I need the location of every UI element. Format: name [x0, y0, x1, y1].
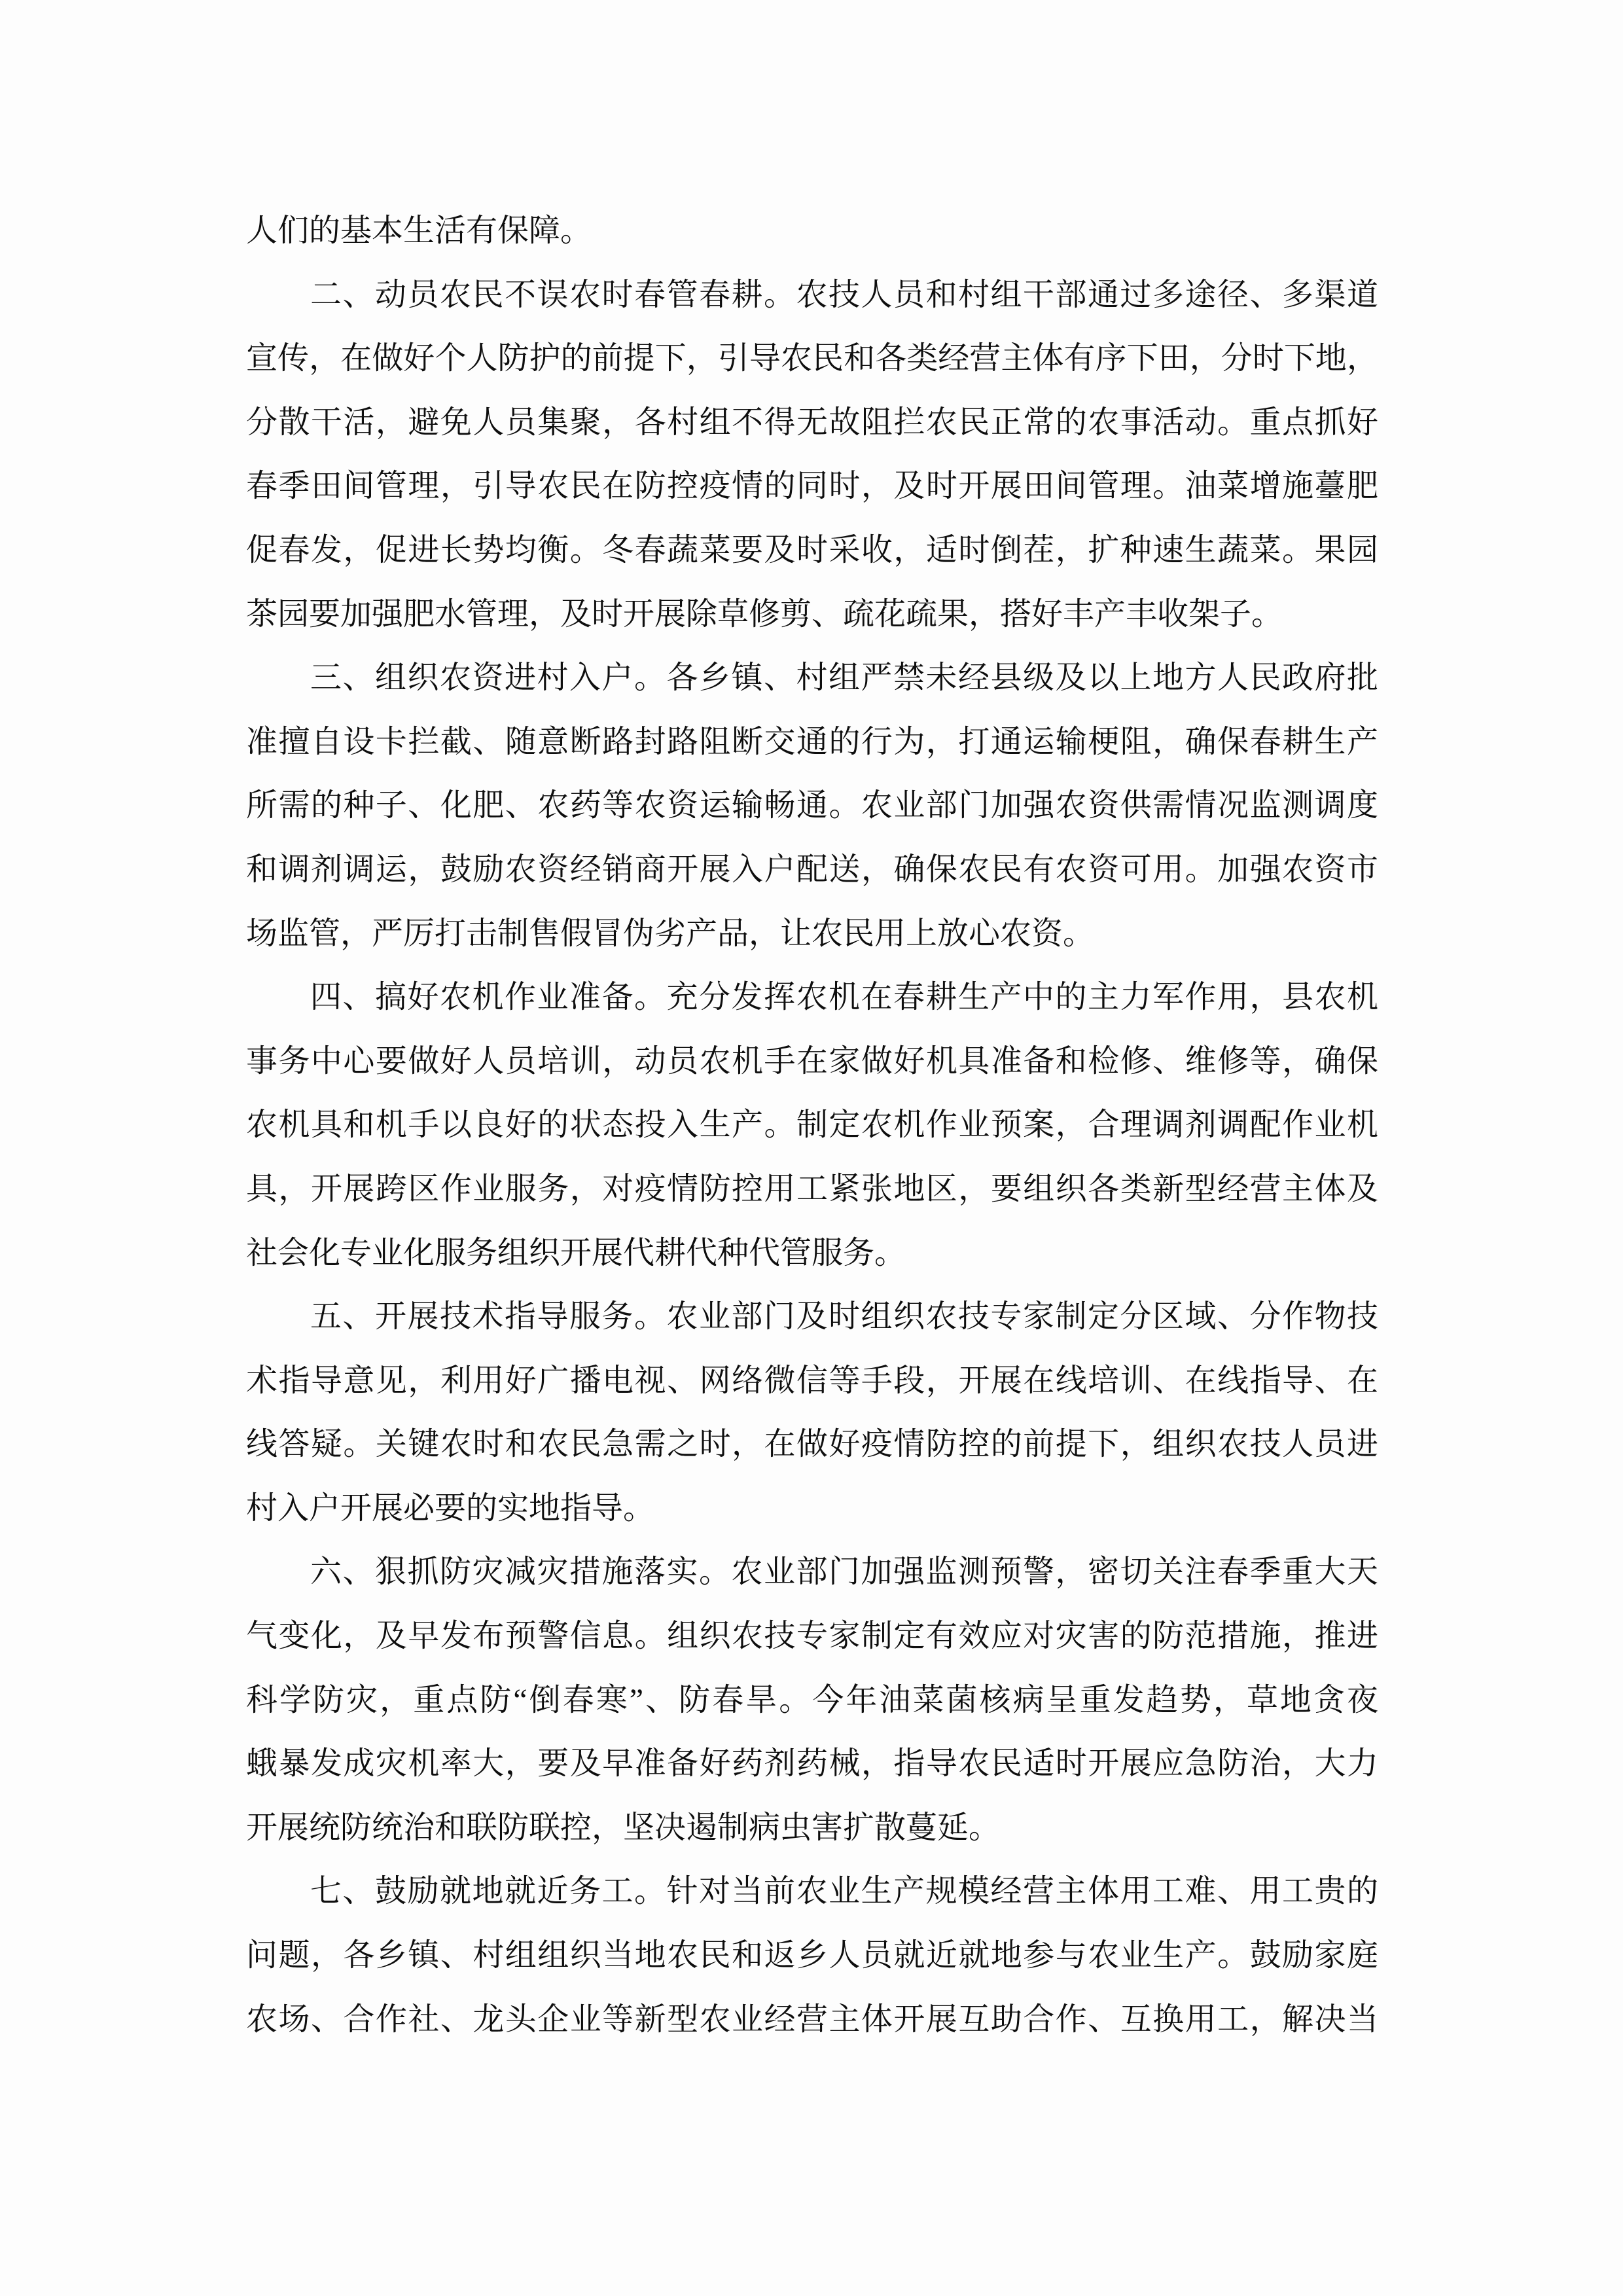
text-line: 具，开展跨区作业服务，对疫情防控用工紧张地区，要组织各类新型经营主体及 — [246, 1157, 1378, 1221]
text-line: 三、组织农资进村入户。各乡镇、村组严禁未经县级及以上地方人民政府批 — [246, 646, 1378, 710]
text-line: 二、动员农民不误农时春管春耕。农技人员和村组干部通过多途径、多渠道 — [246, 263, 1378, 327]
text-line: 和调剂调运，鼓励农资经销商开展入户配送，确保农民有农资可用。加强农资市 — [246, 838, 1378, 902]
text-line: 事务中心要做好人员培训，动员农机手在家做好机具准备和检修、维修等，确保 — [246, 1030, 1378, 1094]
text-line: 农场、合作社、龙头企业等新型农业经营主体开展互助合作、互换用工，解决当 — [246, 1988, 1378, 2052]
text-line: 人们的基本生活有保障。 — [246, 199, 1378, 263]
text-line: 七、鼓励就地就近务工。针对当前农业生产规模经营主体用工难、用工贵的 — [246, 1859, 1378, 1924]
paragraph: 五、开展技术指导服务。农业部门及时组织农技专家制定分区域、分作物技术指导意见，利… — [246, 1285, 1378, 1540]
text-line: 开展统防统治和联防联控，坚决遏制病虫害扩散蔓延。 — [246, 1796, 1378, 1860]
text-line: 线答疑。关键农时和农民急需之时，在做好疫情防控的前提下，组织农技人员进 — [246, 1412, 1378, 1477]
paragraph: 人们的基本生活有保障。 — [246, 199, 1378, 263]
text-line: 四、搞好农机作业准备。充分发挥农机在春耕生产中的主力军作用，县农机 — [246, 965, 1378, 1030]
text-line: 农机具和机手以良好的状态投入生产。制定农机作业预案，合理调剂调配作业机 — [246, 1093, 1378, 1157]
text-line: 村入户开展必要的实地指导。 — [246, 1477, 1378, 1541]
paragraph: 四、搞好农机作业准备。充分发挥农机在春耕生产中的主力军作用，县农机事务中心要做好… — [246, 965, 1378, 1285]
text-line: 分散干活，避免人员集聚，各村组不得无故阻拦农民正常的农事活动。重点抓好 — [246, 391, 1378, 455]
paragraph: 六、狠抓防灾减灾措施落实。农业部门加强监测预警，密切关注春季重大天气变化，及早发… — [246, 1540, 1378, 1859]
paragraph: 二、动员农民不误农时春管春耕。农技人员和村组干部通过多途径、多渠道宣传，在做好个… — [246, 263, 1378, 647]
text-line: 五、开展技术指导服务。农业部门及时组织农技专家制定分区域、分作物技 — [246, 1285, 1378, 1349]
paragraph: 三、组织农资进村入户。各乡镇、村组严禁未经县级及以上地方人民政府批准擅自设卡拦截… — [246, 646, 1378, 965]
scanned-document: { "page": { "background_color": "#fdfdfd… — [0, 0, 1623, 2296]
text-line: 气变化，及早发布预警信息。组织农技专家制定有效应对灾害的防范措施，推进 — [246, 1604, 1378, 1668]
text-line: 宣传，在做好个人防护的前提下，引导农民和各类经营主体有序下田，分时下地， — [246, 327, 1378, 391]
text-line: 场监管，严厉打击制售假冒伪劣产品，让农民用上放心农资。 — [246, 902, 1378, 966]
text-line: 社会化专业化服务组织开展代耕代种代管服务。 — [246, 1221, 1378, 1285]
text-line: 促春发，促进长势均衡。冬春蔬菜要及时采收，适时倒茬，扩种速生蔬菜。果园 — [246, 518, 1378, 583]
text-line: 蛾暴发成灾机率大，要及早准备好药剂药械，指导农民适时开展应急防治，大力 — [246, 1732, 1378, 1796]
text-line: 术指导意见，利用好广播电视、网络微信等手段，开展在线培训、在线指导、在 — [246, 1349, 1378, 1413]
text-line: 问题，各乡镇、村组组织当地农民和返乡人员就近就地参与农业生产。鼓励家庭 — [246, 1924, 1378, 1988]
text-line: 科学防灾，重点防“倒春寒”、防春旱。今年油菜菌核病呈重发趋势，草地贪夜 — [246, 1668, 1378, 1732]
text-line: 所需的种子、化肥、农药等农资运输畅通。农业部门加强农资供需情况监测调度 — [246, 774, 1378, 838]
paragraph: 七、鼓励就地就近务工。针对当前农业生产规模经营主体用工难、用工贵的问题，各乡镇、… — [246, 1859, 1378, 2051]
text-line: 准擅自设卡拦截、随意断路封路阻断交通的行为，打通运输梗阻，确保春耕生产 — [246, 710, 1378, 774]
text-line: 春季田间管理，引导农民在防控疫情的同时，及时开展田间管理。油菜增施薹肥 — [246, 454, 1378, 518]
text-line: 茶园要加强肥水管理，及时开展除草修剪、疏花疏果，搭好丰产丰收架子。 — [246, 583, 1378, 647]
text-line: 六、狠抓防灾减灾措施落实。农业部门加强监测预警，密切关注春季重大天 — [246, 1540, 1378, 1604]
document-page: 人们的基本生活有保障。二、动员农民不误农时春管春耕。农技人员和村组干部通过多途径… — [0, 0, 1623, 2296]
document-text-body: 人们的基本生活有保障。二、动员农民不误农时春管春耕。农技人员和村组干部通过多途径… — [246, 199, 1378, 2051]
